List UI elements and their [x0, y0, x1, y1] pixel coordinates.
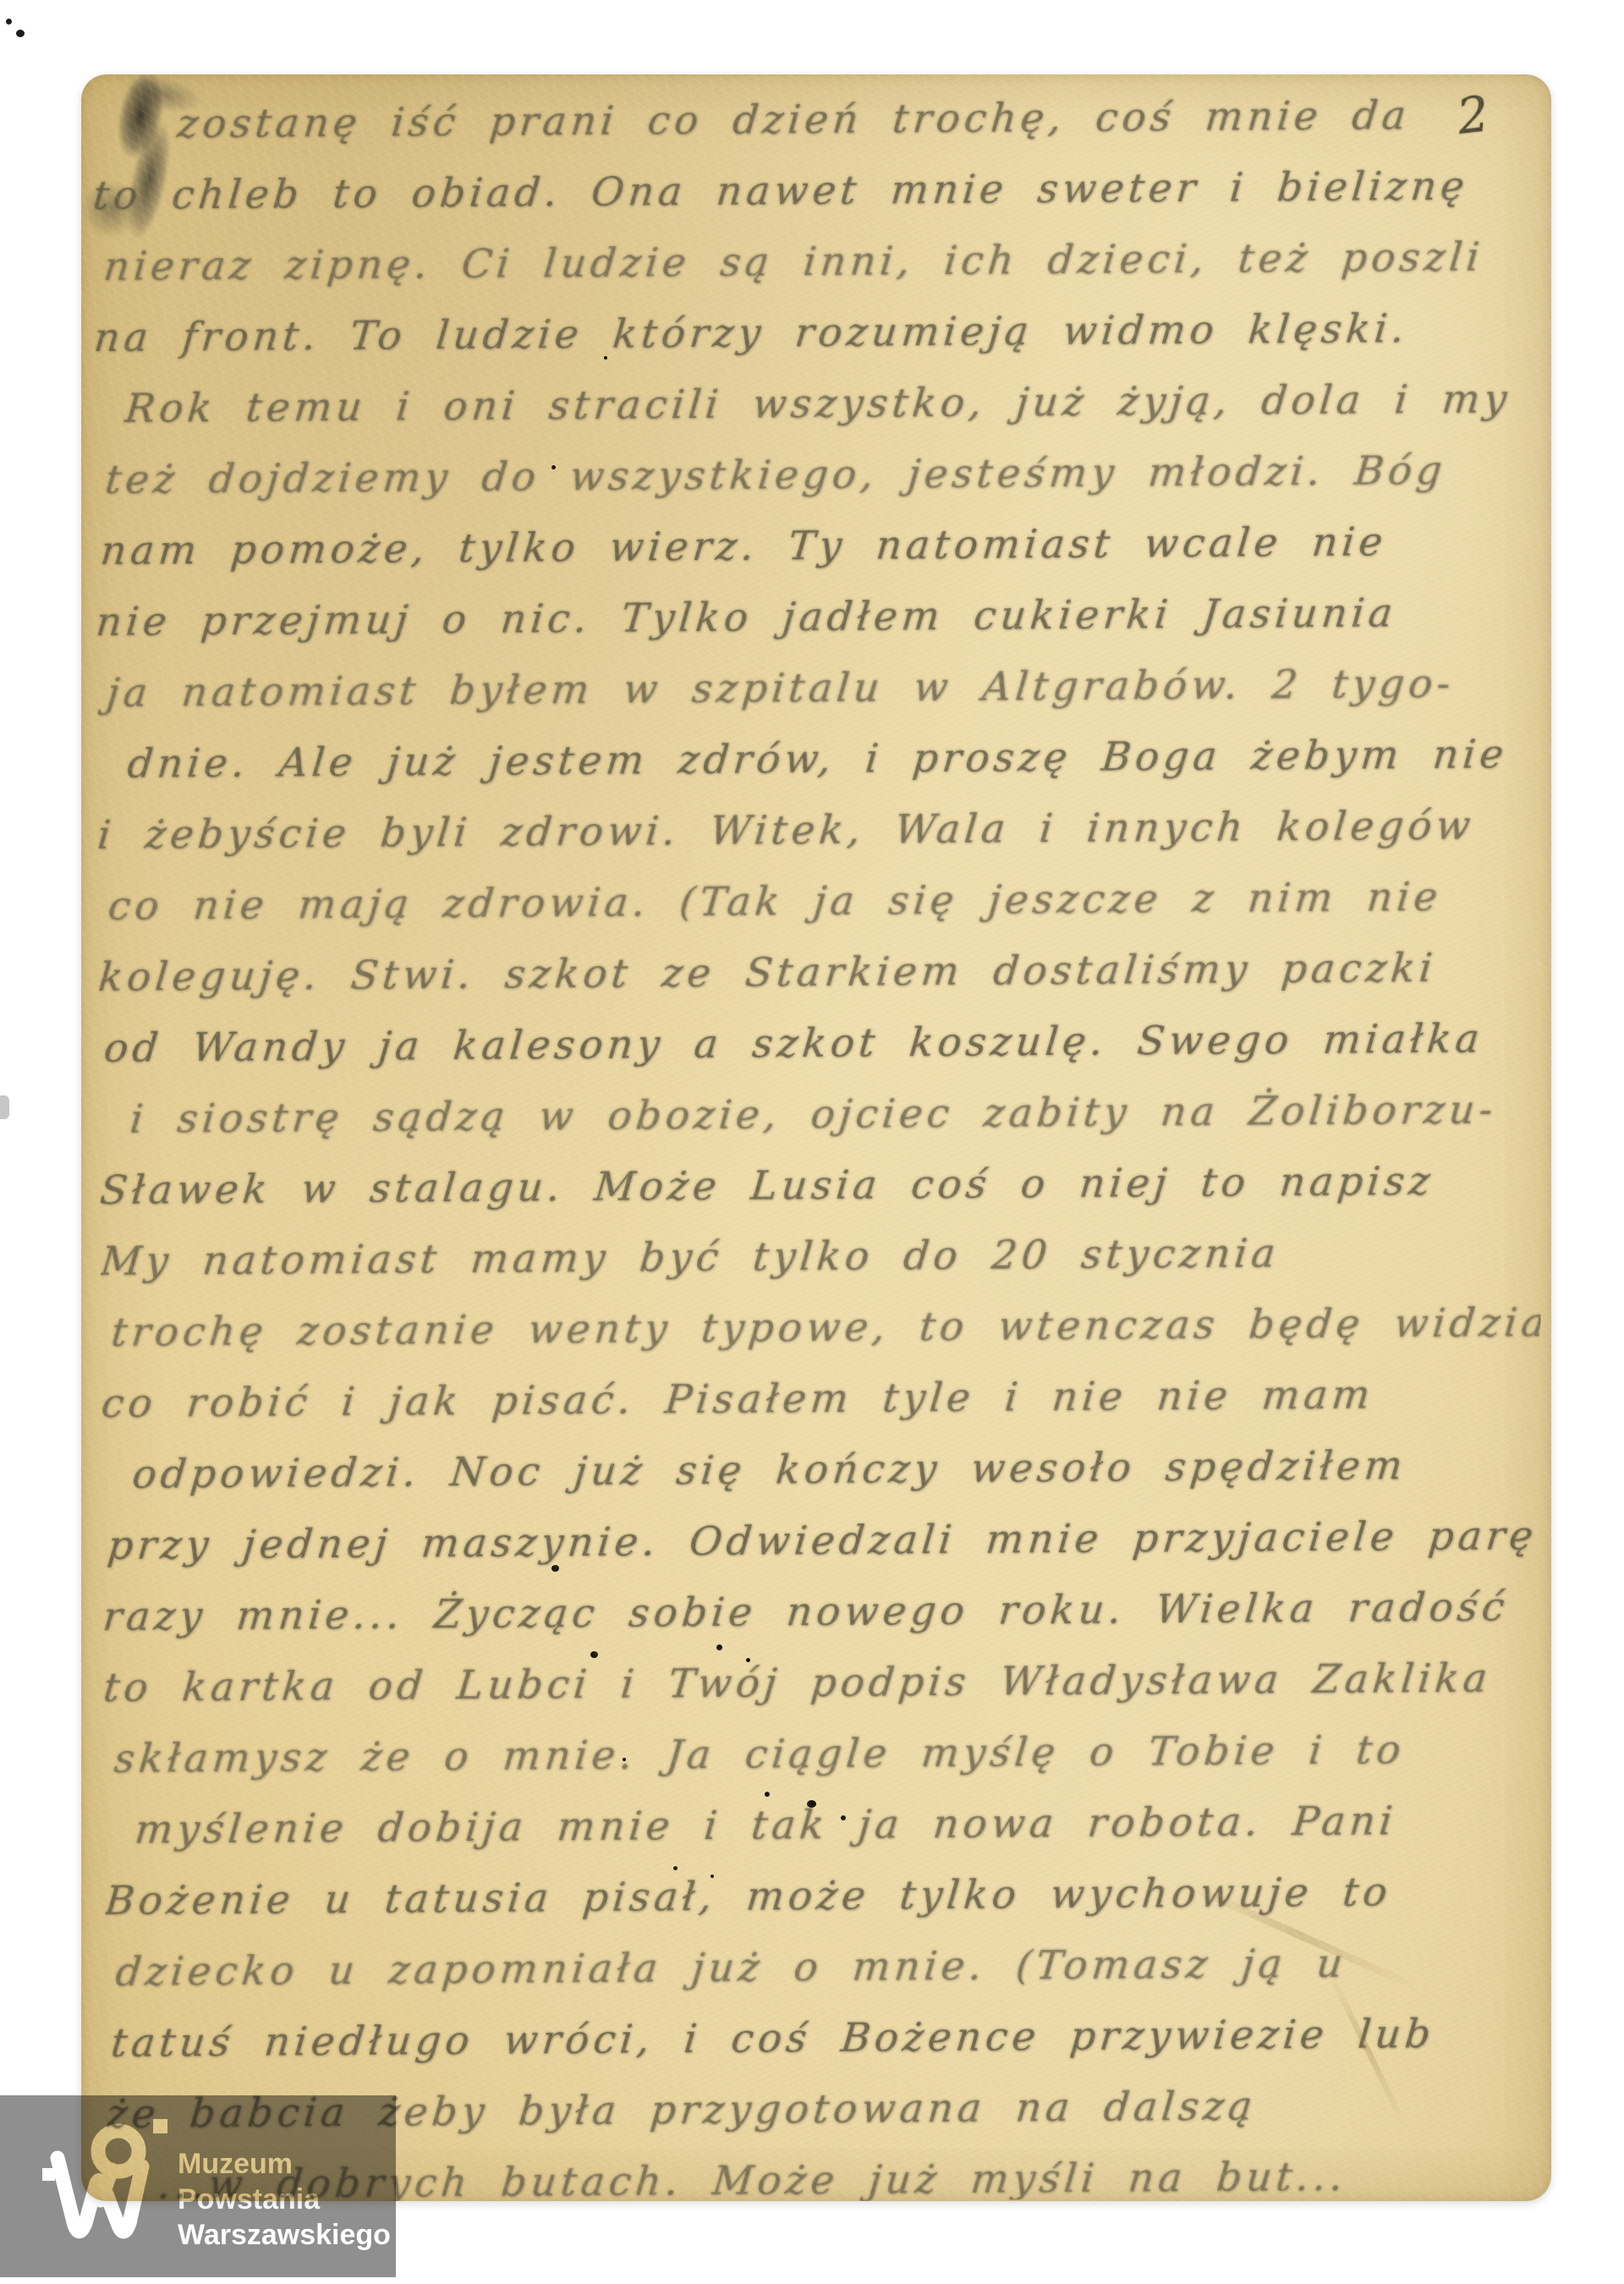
handwritten-line: to kartka od Lubci i Twój podpis Władysł… — [100, 1643, 1546, 1724]
scan-debris-dot — [16, 30, 25, 37]
handwritten-line: przy jednej maszynie. Odwiedzali mnie pr… — [99, 1501, 1545, 1582]
handwritten-line: i siostrę sądzą w obozie, ojciec zabity … — [96, 1074, 1543, 1156]
handwritten-line: Sławek w stalagu. Może Lusia coś o niej … — [96, 1145, 1543, 1227]
ink-speck — [551, 1565, 559, 1572]
handwritten-line: Rok temu i oni stracili wszystko, już ży… — [92, 364, 1538, 445]
handwritten-line: co nie mają zdrowia. (Tak ja się jeszcze… — [95, 861, 1541, 942]
scan-debris-dot — [6, 19, 12, 25]
handwritten-line: trochę zostanie wenty typowe, to wtencza… — [97, 1287, 1544, 1369]
scanned-letter-canvas: 2 zostanę iść prani co dzień trochę, coś… — [0, 0, 1624, 2284]
handwritten-line: razy mnie... Życząc sobie nowego roku. W… — [100, 1572, 1546, 1653]
ink-speck — [604, 356, 607, 360]
handwritten-line: My natomiast mamy być tylko do 20 styczn… — [97, 1216, 1544, 1298]
handwritten-line: koleguję. Stwi. szkot ze Starkiem dostal… — [95, 932, 1541, 1013]
letter-page: 2 zostanę iść prani co dzień trochę, coś… — [81, 74, 1551, 2201]
handwritten-line: ja natomiast byłem w szpitalu w Altgrabó… — [93, 648, 1539, 729]
ink-speck — [746, 1658, 750, 1662]
ink-speck — [551, 465, 556, 469]
handwritten-line: to chleb to obiad. Ona nawet mnie sweter… — [92, 151, 1536, 232]
watermark-gray-band — [0, 2095, 396, 2277]
handwritten-line: nie przejmuj o nic. Tylko jadłem cukierk… — [93, 577, 1539, 658]
handwritten-line: myślenie dobija mnie i tak ja nowa robot… — [101, 1785, 1547, 1866]
watermark-band: Muzeum Powstania Warszawskiego — [0, 2095, 396, 2277]
ink-speck — [765, 1792, 770, 1797]
handwritten-line: dziecko u zapomniała już o mnie. (Tomasz… — [102, 1927, 1547, 2008]
handwritten-line: zostanę iść prani co dzień trochę, coś m… — [92, 80, 1535, 161]
handwritten-text-block: zostanę iść prani co dzień trochę, coś m… — [92, 80, 1546, 2201]
handwritten-line: skłamysz że o mnie. Ja ciągle myślę o To… — [101, 1714, 1547, 1795]
ink-speck — [710, 1875, 714, 1878]
ink-speck — [716, 1644, 722, 1650]
ink-speck — [841, 1815, 846, 1820]
scan-debris-chip — [0, 1095, 9, 1119]
handwritten-line: co robić i jak pisać. Pisałem tyle i nie… — [98, 1359, 1544, 1440]
museum-watermark: Muzeum Powstania Warszawskiego — [0, 2095, 396, 2277]
handwritten-line: na front. To ludzie którzy rozumieją wid… — [92, 293, 1537, 374]
handwritten-line: i żebyście byli zdrowi. Witek, Wala i in… — [94, 790, 1540, 871]
ink-speck — [590, 1651, 598, 1658]
ink-speck — [623, 1758, 626, 1761]
ink-speck — [673, 1866, 678, 1870]
handwritten-line: nam pomoże, tylko wierz. Ty natomiast wc… — [92, 506, 1539, 587]
handwritten-line: tatuś niedługo wróci, i coś Bożence przy… — [102, 1998, 1546, 2079]
handwritten-line: od Wandy ja kalesony a szkot koszulę. Sw… — [96, 1003, 1542, 1084]
handwritten-line: też dojdziemy do wszystkiego, jesteśmy m… — [92, 435, 1538, 516]
handwritten-line: nieraz zipnę. Ci ludzie są inni, ich dzi… — [92, 222, 1537, 303]
ink-speck — [807, 1800, 816, 1808]
handwritten-line: odpowiedzi. Noc już się kończy wesoło sp… — [99, 1430, 1545, 1511]
handwritten-line: Bożenie u tatusia pisał, może tylko wych… — [101, 1856, 1547, 1937]
handwritten-line: dnie. Ale już jestem zdrów, i proszę Bog… — [94, 719, 1540, 800]
